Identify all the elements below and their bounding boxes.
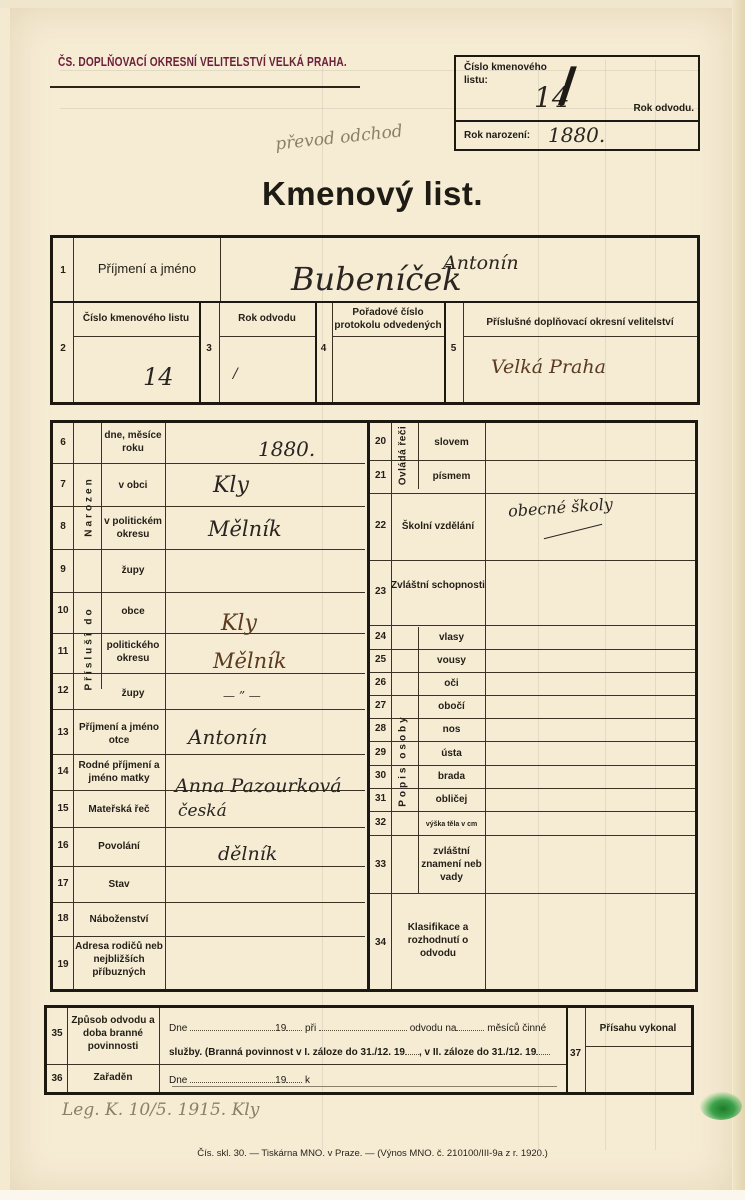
blank-mesicu[interactable] (456, 1021, 484, 1031)
row-num-22: 22 (370, 520, 391, 531)
label-skolni-vzdelani: Školní vzdělání (391, 520, 485, 533)
row-num-33: 33 (370, 859, 391, 870)
label-dne-mesice-roku: dne, měsíce roku (101, 429, 165, 455)
label-jmeno-matky: Rodné příjmení a jméno matky (73, 759, 165, 785)
label-cislo-kmenoveho-listu: Číslo kmenového listu (73, 312, 199, 325)
row-num-25: 25 (370, 654, 391, 665)
section-bottom: 35 Způsob odvodu a doba branné povinnost… (44, 1005, 694, 1095)
group-label-popis-osoby: Popis osoby (398, 713, 409, 809)
label-rok-odvodu: Rok odvodu (219, 312, 315, 325)
row35-line2: služby. (Branná povinnost v I. záloze do… (169, 1045, 550, 1058)
text-k: k (305, 1075, 310, 1086)
value-datum-narozeni: 1880. (258, 437, 315, 461)
label-zvlastni-znameni: zvláštní znamení neb vady (418, 845, 485, 884)
value-zupy-prislusnost: — ” — (223, 689, 261, 703)
label-vousy: vousy (418, 654, 485, 667)
blank-date[interactable] (190, 1021, 275, 1031)
text-19: 19 (275, 1023, 286, 1034)
value-rok-odvodu: / (233, 366, 238, 382)
label-doplnovaci-velitelstvi: Příslušné doplňovací okresní velitelství (463, 316, 697, 329)
row-num-10: 10 (53, 605, 73, 616)
value-doplnovaci-velitelstvi: Velká Praha (491, 356, 606, 378)
label-klasifikace: Klasifikace a rozhodnutí o odvodu (391, 921, 485, 960)
label-slovem: slovem (418, 436, 485, 449)
blank-pri[interactable] (319, 1021, 407, 1031)
pen-stroke (544, 524, 602, 539)
row-num-2: 2 (53, 343, 73, 354)
row-num-35: 35 (47, 1028, 67, 1039)
text-mesicu-cinne: měsíců činné (487, 1023, 546, 1034)
value-okres-narozeni: Mělník (208, 517, 282, 541)
row-num-9: 9 (53, 564, 73, 575)
group-label-prislusi-do: Příslušî do (84, 607, 95, 691)
label-poradove-cislo-2: protokolu odvedených (332, 319, 444, 332)
row-num-20: 20 (370, 436, 391, 447)
value-povolani: dělník (218, 843, 277, 865)
label-oboci: obočí (418, 700, 485, 713)
label-stav: Stav (73, 878, 165, 891)
row-num-28: 28 (370, 723, 391, 734)
value-prislusny-okres: Mělník (213, 649, 287, 673)
label-vlasy: vlasy (418, 631, 485, 644)
row35-line1: Dne 19 při odvodu na měsíců činné (169, 1021, 546, 1034)
label-adresa-rodicu: Adresa rodičů neb nejbližších příbuzných (73, 940, 165, 979)
value-prislusna-obec: Kly (221, 611, 257, 636)
text-19: 19 (275, 1075, 286, 1086)
page-title: Kmenový list. (0, 175, 745, 213)
text-dne: Dne (169, 1075, 187, 1086)
label-pismem: písmem (418, 470, 485, 483)
row-num-23: 23 (370, 586, 391, 597)
row-num-37: 37 (566, 1048, 585, 1059)
stamp-underline (50, 86, 360, 88)
cislo-label-2: listu: (464, 75, 488, 86)
slash-mark: / (556, 57, 579, 117)
section-top: 1 Příjmení a jméno Bubeníček Antonín Čís… (50, 235, 700, 405)
label-zupy-narozeni: župy (101, 564, 165, 577)
pencil-note-bottom: Leg. K. 10/5. 1915. Kly (62, 1100, 259, 1120)
label-oblicej: obličej (418, 793, 485, 806)
value-jmeno-otce: Antonín (188, 725, 268, 749)
rok-odvodu-label: Rok odvodu. (633, 103, 694, 114)
green-ink-smudge (700, 1092, 742, 1120)
label-v-politickem-okresu: v politickém okresu (101, 515, 165, 541)
blank-zaloha-1[interactable] (405, 1045, 419, 1055)
label-zaraden: Zařaděn (67, 1071, 159, 1084)
section-main: Narozen Příslušî do 6 dne, měsíce roku 1… (50, 420, 698, 992)
row-num-24: 24 (370, 631, 391, 642)
value-jmeno-matky: Anna Pazourková (175, 775, 342, 797)
label-povolani: Povolání (73, 840, 165, 853)
row-num-29: 29 (370, 747, 391, 758)
group-label-narozen: Narozen (84, 467, 95, 547)
blank-year[interactable] (286, 1073, 302, 1083)
row-num-26: 26 (370, 677, 391, 688)
row-num-32: 32 (370, 817, 391, 828)
value-cislo-kmenoveho-listu: 14 (143, 363, 174, 391)
label-poradove-cislo-1: Pořadové číslo (332, 306, 444, 319)
text-pri: při (305, 1023, 316, 1034)
label-v-obci: v obci (101, 479, 165, 492)
blank-year[interactable] (286, 1021, 302, 1031)
row-num-34: 34 (370, 937, 391, 948)
row-num-14: 14 (53, 766, 73, 777)
paper-edge-top (0, 0, 745, 8)
label-politickeho-okresu: politického okresu (101, 639, 165, 665)
row-num-21: 21 (370, 470, 391, 481)
label-materska-rec: Mateřská řeč (73, 803, 165, 816)
text-odvodu-na: odvodu na (410, 1023, 457, 1034)
label-zpusob-odvodu: Způsob odvodu a doba branné povinnosti (67, 1014, 159, 1053)
row-num-6: 6 (53, 437, 73, 448)
label-prijmeni-jmeno: Příjmení a jméno (73, 262, 221, 275)
rok-narozeni-value: 1880. (548, 123, 605, 147)
row-num-4: 4 (315, 343, 332, 354)
text-zaloha-2: , v II. záloze do 31./12. 19 (419, 1047, 536, 1058)
label-zvlastni-schopnosti: Zvláštní schopnosti (391, 579, 485, 592)
label-obce: obce (101, 605, 165, 618)
row-num-18: 18 (53, 913, 73, 924)
blank-zaloha-2[interactable] (536, 1045, 550, 1055)
label-nabozenstvi: Náboženství (73, 913, 165, 926)
label-prisahu-vykonal: Přísahu vykonal (585, 1022, 691, 1035)
label-vyska-tela: výška těla v cm (418, 818, 485, 831)
row-num-31: 31 (370, 793, 391, 804)
office-stamp: ČS. DOPLŇOVACÍ OKRESNÍ VELITELSTVÍ VELKÁ… (58, 54, 347, 69)
row-num-15: 15 (53, 803, 73, 814)
row-num-11: 11 (53, 646, 73, 657)
row-num-5: 5 (444, 343, 463, 354)
row36-line: Dne 19 k (169, 1073, 310, 1086)
text-brana-povinnost: služby. (Branná povinnost v I. záloze do… (169, 1047, 405, 1058)
row-num-8: 8 (53, 521, 73, 532)
text-dne: Dne (169, 1023, 187, 1034)
value-surname: Bubeníček (291, 260, 462, 298)
row-num-7: 7 (53, 479, 73, 490)
row-num-36: 36 (47, 1073, 67, 1084)
header-box-divider (456, 120, 698, 122)
label-jmeno-otce: Příjmení a jméno otce (73, 721, 165, 747)
row-num-12: 12 (53, 685, 73, 696)
row-num-3: 3 (199, 343, 219, 354)
cislo-label-1: Číslo kmenového (464, 62, 547, 73)
row-num-19: 19 (53, 959, 73, 970)
row-num-16: 16 (53, 840, 73, 851)
header-box: Číslo kmenového listu: 14 / Rok odvodu. … (454, 55, 700, 151)
rok-narozeni-label: Rok narození: (464, 130, 530, 141)
blank-date[interactable] (190, 1073, 275, 1083)
row-num-1: 1 (53, 265, 73, 276)
paper-edge-bottom (0, 1190, 745, 1200)
group-label-ovlada-reci: Ovládá řeči (398, 424, 409, 488)
printer-footer: Čís. skl. 30. — Tiskárna MNO. v Praze. —… (0, 1148, 745, 1159)
value-obec-narozeni: Kly (213, 473, 249, 498)
value-materska-rec: česká (178, 801, 227, 821)
label-brada: brada (418, 770, 485, 783)
value-skolni-vzdelani: obecné školy (507, 494, 613, 520)
label-nos: nos (418, 723, 485, 736)
row-num-13: 13 (53, 727, 73, 738)
label-usta: ústa (418, 747, 485, 760)
label-zupy-prislusnost: župy (101, 687, 165, 700)
label-oci: oči (418, 677, 485, 690)
row-num-30: 30 (370, 770, 391, 781)
value-given-name: Antonín (443, 252, 519, 274)
row-num-27: 27 (370, 700, 391, 711)
row-num-17: 17 (53, 878, 73, 889)
